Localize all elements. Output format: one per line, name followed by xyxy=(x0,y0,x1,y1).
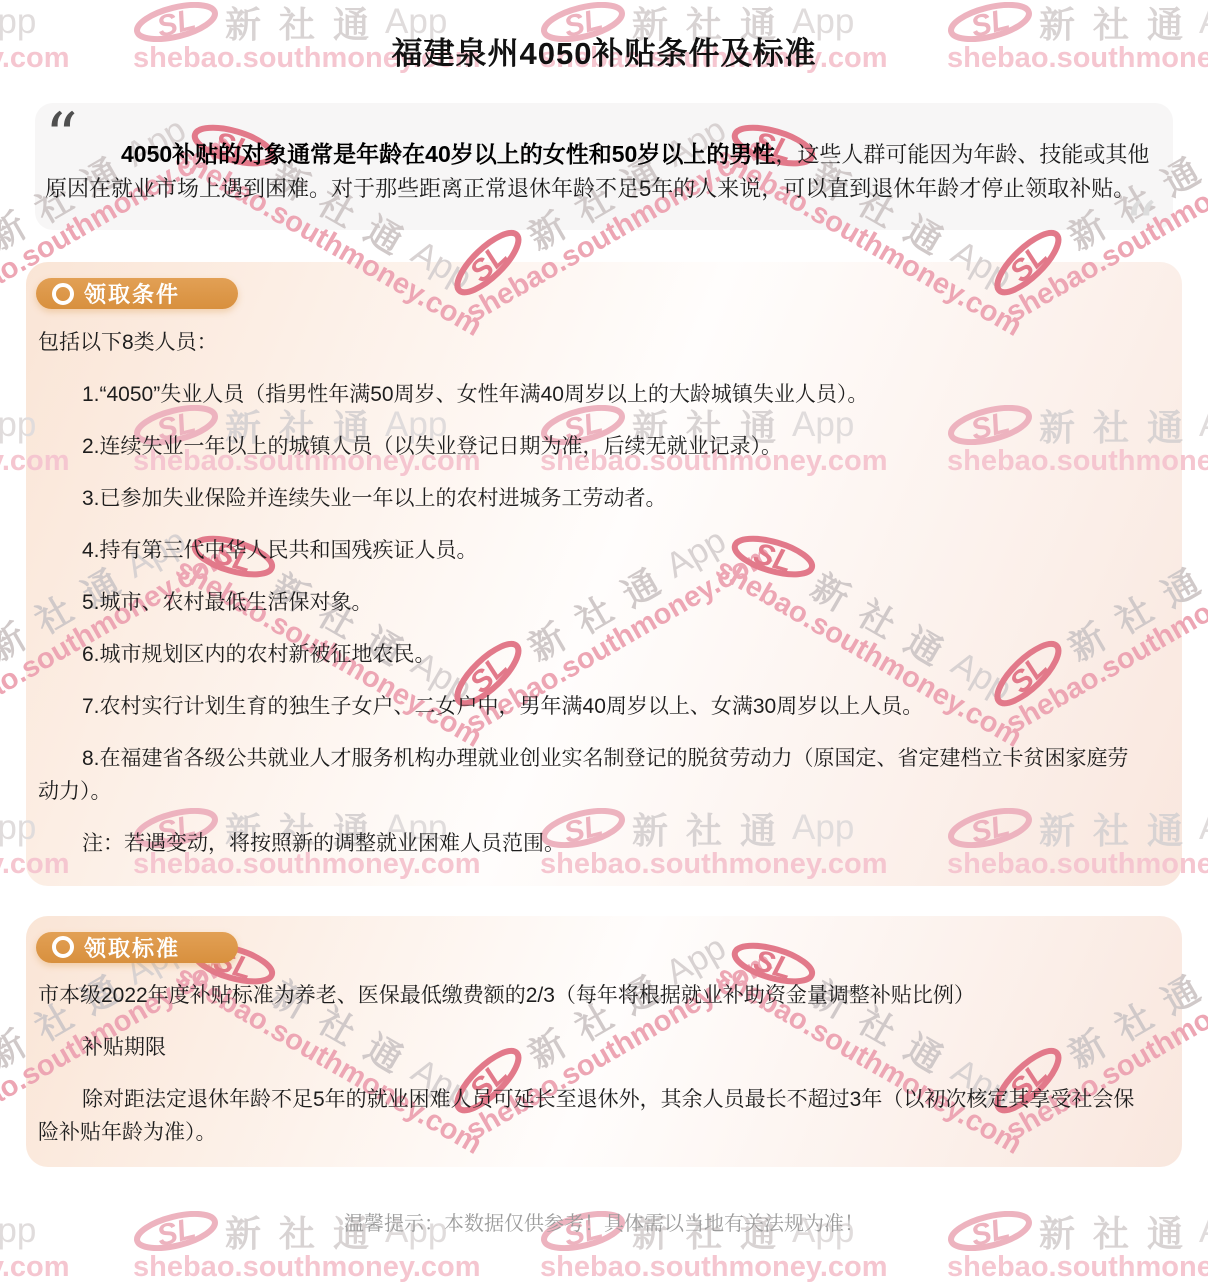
list-item: 8.在福建省各级公共就业人才服务机构办理就业创业实名制登记的脱贫劳动力（原国定、… xyxy=(38,742,1142,808)
brand-suffix: App xyxy=(1199,808,1208,848)
standards-item: 除对距法定退休年龄不足5年的就业困难人员可延长至退休外，其余人员最长不超过3年（… xyxy=(38,1083,1142,1149)
intro-text: 4050补贴的对象通常是年龄在40岁以上的女性和50岁以上的男性，这些人群可能因… xyxy=(45,137,1165,206)
circle-icon xyxy=(52,936,74,958)
conditions-note: 注：若遇变动，将按照新的调整就业困难人员范围。 xyxy=(38,827,1142,860)
brand-url: shebao.southmoney.com xyxy=(540,1251,860,1284)
brand-suffix: App xyxy=(1199,2,1208,42)
brand-suffix: App xyxy=(1199,110,1208,176)
list-item: 7.农村实行计划生育的独生子女户、二女户中，男年满40周岁以上、女满30周岁以上… xyxy=(38,690,1142,723)
intro-quote: “ 4050补贴的对象通常是年龄在40岁以上的女性和50岁以上的男性，这些人群可… xyxy=(35,103,1173,230)
quote-close-icon: “ xyxy=(1124,194,1157,258)
list-item: 2.连续失业一年以上的城镇人员（以失业登记日期为准，后续无就业记录）。 xyxy=(38,430,1142,463)
badge-standards: 领取标准 xyxy=(36,932,238,963)
brand-url: shebao.southmoney.com xyxy=(133,1251,453,1284)
standards-item: 补贴期限 xyxy=(38,1031,1142,1064)
brand-url: shebao.southmoney.com xyxy=(947,1251,1208,1284)
list-item: 1.“4050”失业人员（指男性年满50周岁、女性年满40周岁以上的大龄城镇失业… xyxy=(38,378,1142,411)
section-card-standards: 领取标准 市本级2022年度补贴标准为养老、医保最低缴费额的2/3（每年将根据就… xyxy=(26,916,1182,1168)
standards-lead: 市本级2022年度补贴标准为养老、医保最低缴费额的2/3（每年将根据就业补助资金… xyxy=(38,979,1142,1012)
footer-note: 温馨提示：本数据仅供参考！具体需以当地有关法规为准！ xyxy=(0,1207,1208,1236)
brand-suffix: App xyxy=(1199,521,1208,587)
badge-standards-label: 领取标准 xyxy=(84,932,180,963)
list-item: 3.已参加失业保险并连续失业一年以上的农村进城务工劳动者。 xyxy=(38,482,1142,515)
circle-icon xyxy=(52,283,74,305)
badge-conditions: 领取条件 xyxy=(36,278,238,309)
section-card-conditions: 领取条件 包括以下8类人员： 1.“4050”失业人员（指男性年满50周岁、女性… xyxy=(26,262,1182,886)
page-title: 福建泉州4050补贴条件及标准 xyxy=(20,28,1188,73)
conditions-lead: 包括以下8类人员： xyxy=(38,326,1142,359)
intro-highlight: 4050补贴的对象通常是年龄在40岁以上的女性和50岁以上的男性 xyxy=(121,141,775,167)
brand-suffix: App xyxy=(1199,928,1208,994)
list-item: 5.城市、农村最低生活保对象。 xyxy=(38,586,1142,619)
list-item: 4.持有第三代中华人民共和国残疾证人员。 xyxy=(38,534,1142,567)
brand-url: shebao.southmoney.com xyxy=(0,1251,42,1284)
badge-conditions-label: 领取条件 xyxy=(84,278,180,309)
list-item: 6.城市规划区内的农村新被征地农民。 xyxy=(38,638,1142,671)
brand-suffix: App xyxy=(1199,405,1208,445)
